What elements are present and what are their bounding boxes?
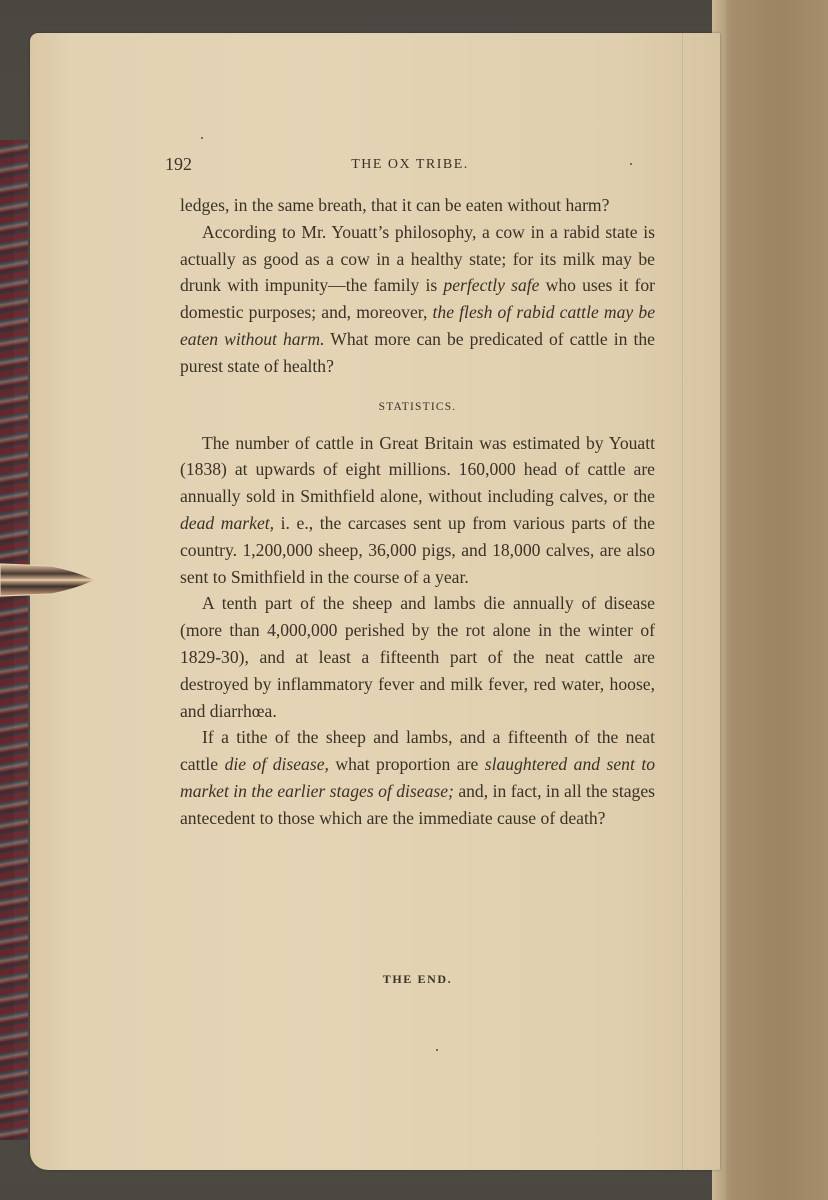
running-title: THE OX TRIBE.: [165, 157, 655, 173]
italic-text: perfectly safe: [443, 275, 539, 295]
paper-speck: [436, 1049, 438, 1051]
paragraph: According to Mr. Youatt’s philosophy, a …: [180, 219, 655, 380]
running-head: 192 THE OX TRIBE.: [165, 154, 655, 176]
paragraph: A tenth part of the sheep and lambs die …: [180, 590, 655, 724]
body-text: ledges, in the same breath, that it can …: [180, 192, 655, 832]
paragraph: If a tithe of the sheep and lambs, and a…: [180, 724, 655, 831]
paragraph: ledges, in the same breath, that it can …: [180, 192, 655, 219]
page-fold-line: [682, 33, 683, 1170]
text: The number of cattle in Great Britain wa…: [180, 433, 655, 507]
text: ledges, in the same breath, that it can …: [180, 195, 609, 215]
paragraph: The number of cattle in Great Britain wa…: [180, 430, 655, 591]
the-end-label: THE END.: [180, 972, 655, 987]
marbled-binding: [0, 140, 28, 1140]
facing-page-edge: [712, 0, 828, 1200]
intro-paragraphs: ledges, in the same breath, that it can …: [180, 192, 655, 380]
section-heading: STATISTICS.: [180, 398, 655, 416]
text: what proportion are: [329, 754, 485, 774]
text: A tenth part of the sheep and lambs die …: [180, 593, 655, 720]
letter-opener-icon: [0, 558, 96, 602]
paper-speck: [201, 137, 203, 139]
italic-text: dead market,: [180, 513, 274, 533]
statistics-paragraphs: The number of cattle in Great Britain wa…: [180, 430, 655, 832]
italic-text: die of disease,: [225, 754, 329, 774]
